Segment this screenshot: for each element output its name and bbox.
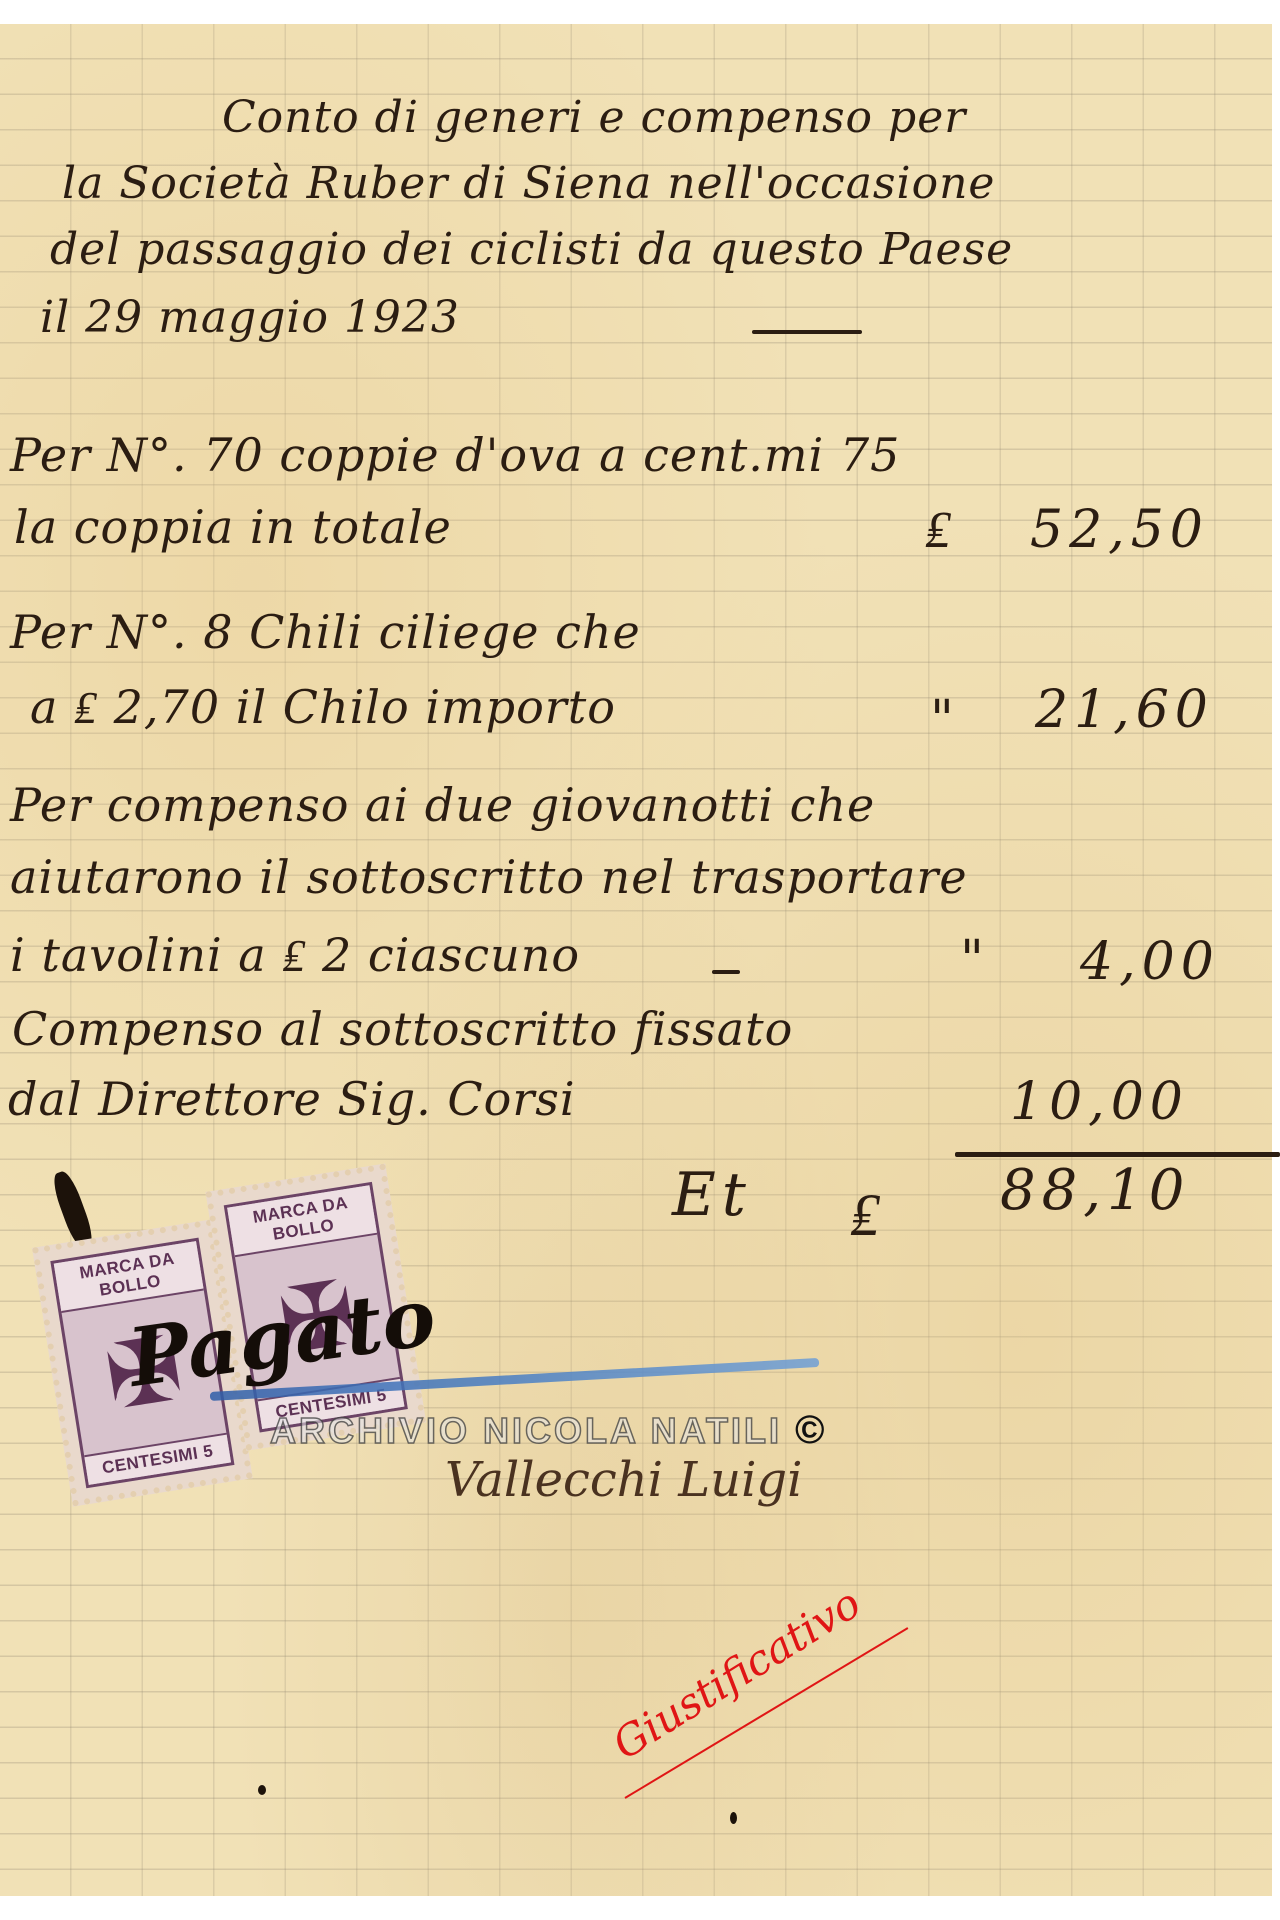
item-1-currency: ₤ (925, 500, 957, 560)
signature: Vallecchi Luigi (445, 1452, 803, 1508)
ink-dot (258, 1785, 266, 1795)
total-currency: ₤ (850, 1180, 886, 1250)
item-3-line-2: aiutarono il sottoscritto nel trasportar… (10, 850, 968, 904)
heading-line-2: la Società Ruber di Siena nell'occasione (62, 158, 995, 209)
item-3-line-3: i tavolini a ₤ 2 ciascuno (10, 928, 580, 982)
item-3-ditto-mark: " (960, 930, 990, 990)
copyright-icon: © (795, 1408, 827, 1452)
watermark-text: ARCHIVIO NICOLA NATILI (270, 1410, 782, 1451)
item-2-line-1: Per N°. 8 Chili ciliege che (10, 605, 641, 659)
item-3-filler-dash (712, 970, 740, 974)
item-2-ditto-mark: " (930, 690, 960, 750)
item-4-line-1: Compenso al sottoscritto fissato (12, 1002, 793, 1056)
item-4-amount: 10,00 (1010, 1072, 1189, 1132)
date-underline-dash (752, 330, 862, 334)
heading-line-4-date: il 29 maggio 1923 (40, 292, 460, 343)
item-1-line-1: Per N°. 70 coppie d'ova a cent.mi 75 (10, 428, 900, 482)
item-4-line-2: dal Direttore Sig. Corsi (8, 1072, 576, 1126)
item-1-line-2: la coppia in totale (14, 500, 452, 554)
total-amount: 88,10 (1000, 1158, 1190, 1223)
item-3-amount: 4,00 (1080, 932, 1220, 992)
ink-dot-2 (730, 1812, 737, 1824)
heading-line-1: Conto di generi e compenso per (222, 92, 966, 143)
heading-line-3: del passaggio dei ciclisti da questo Pae… (50, 224, 1013, 275)
item-1-amount: 52,50 (1030, 500, 1209, 560)
item-3-line-1: Per compenso ai due giovanotti che (10, 778, 875, 832)
item-2-line-2: a ₤ 2,70 il Chilo importo (30, 680, 616, 734)
archive-watermark: ARCHIVIO NICOLA NATILI © (270, 1408, 827, 1453)
total-rule (955, 1152, 1280, 1157)
item-2-amount: 21,60 (1035, 680, 1214, 740)
total-label: Et (672, 1160, 752, 1230)
